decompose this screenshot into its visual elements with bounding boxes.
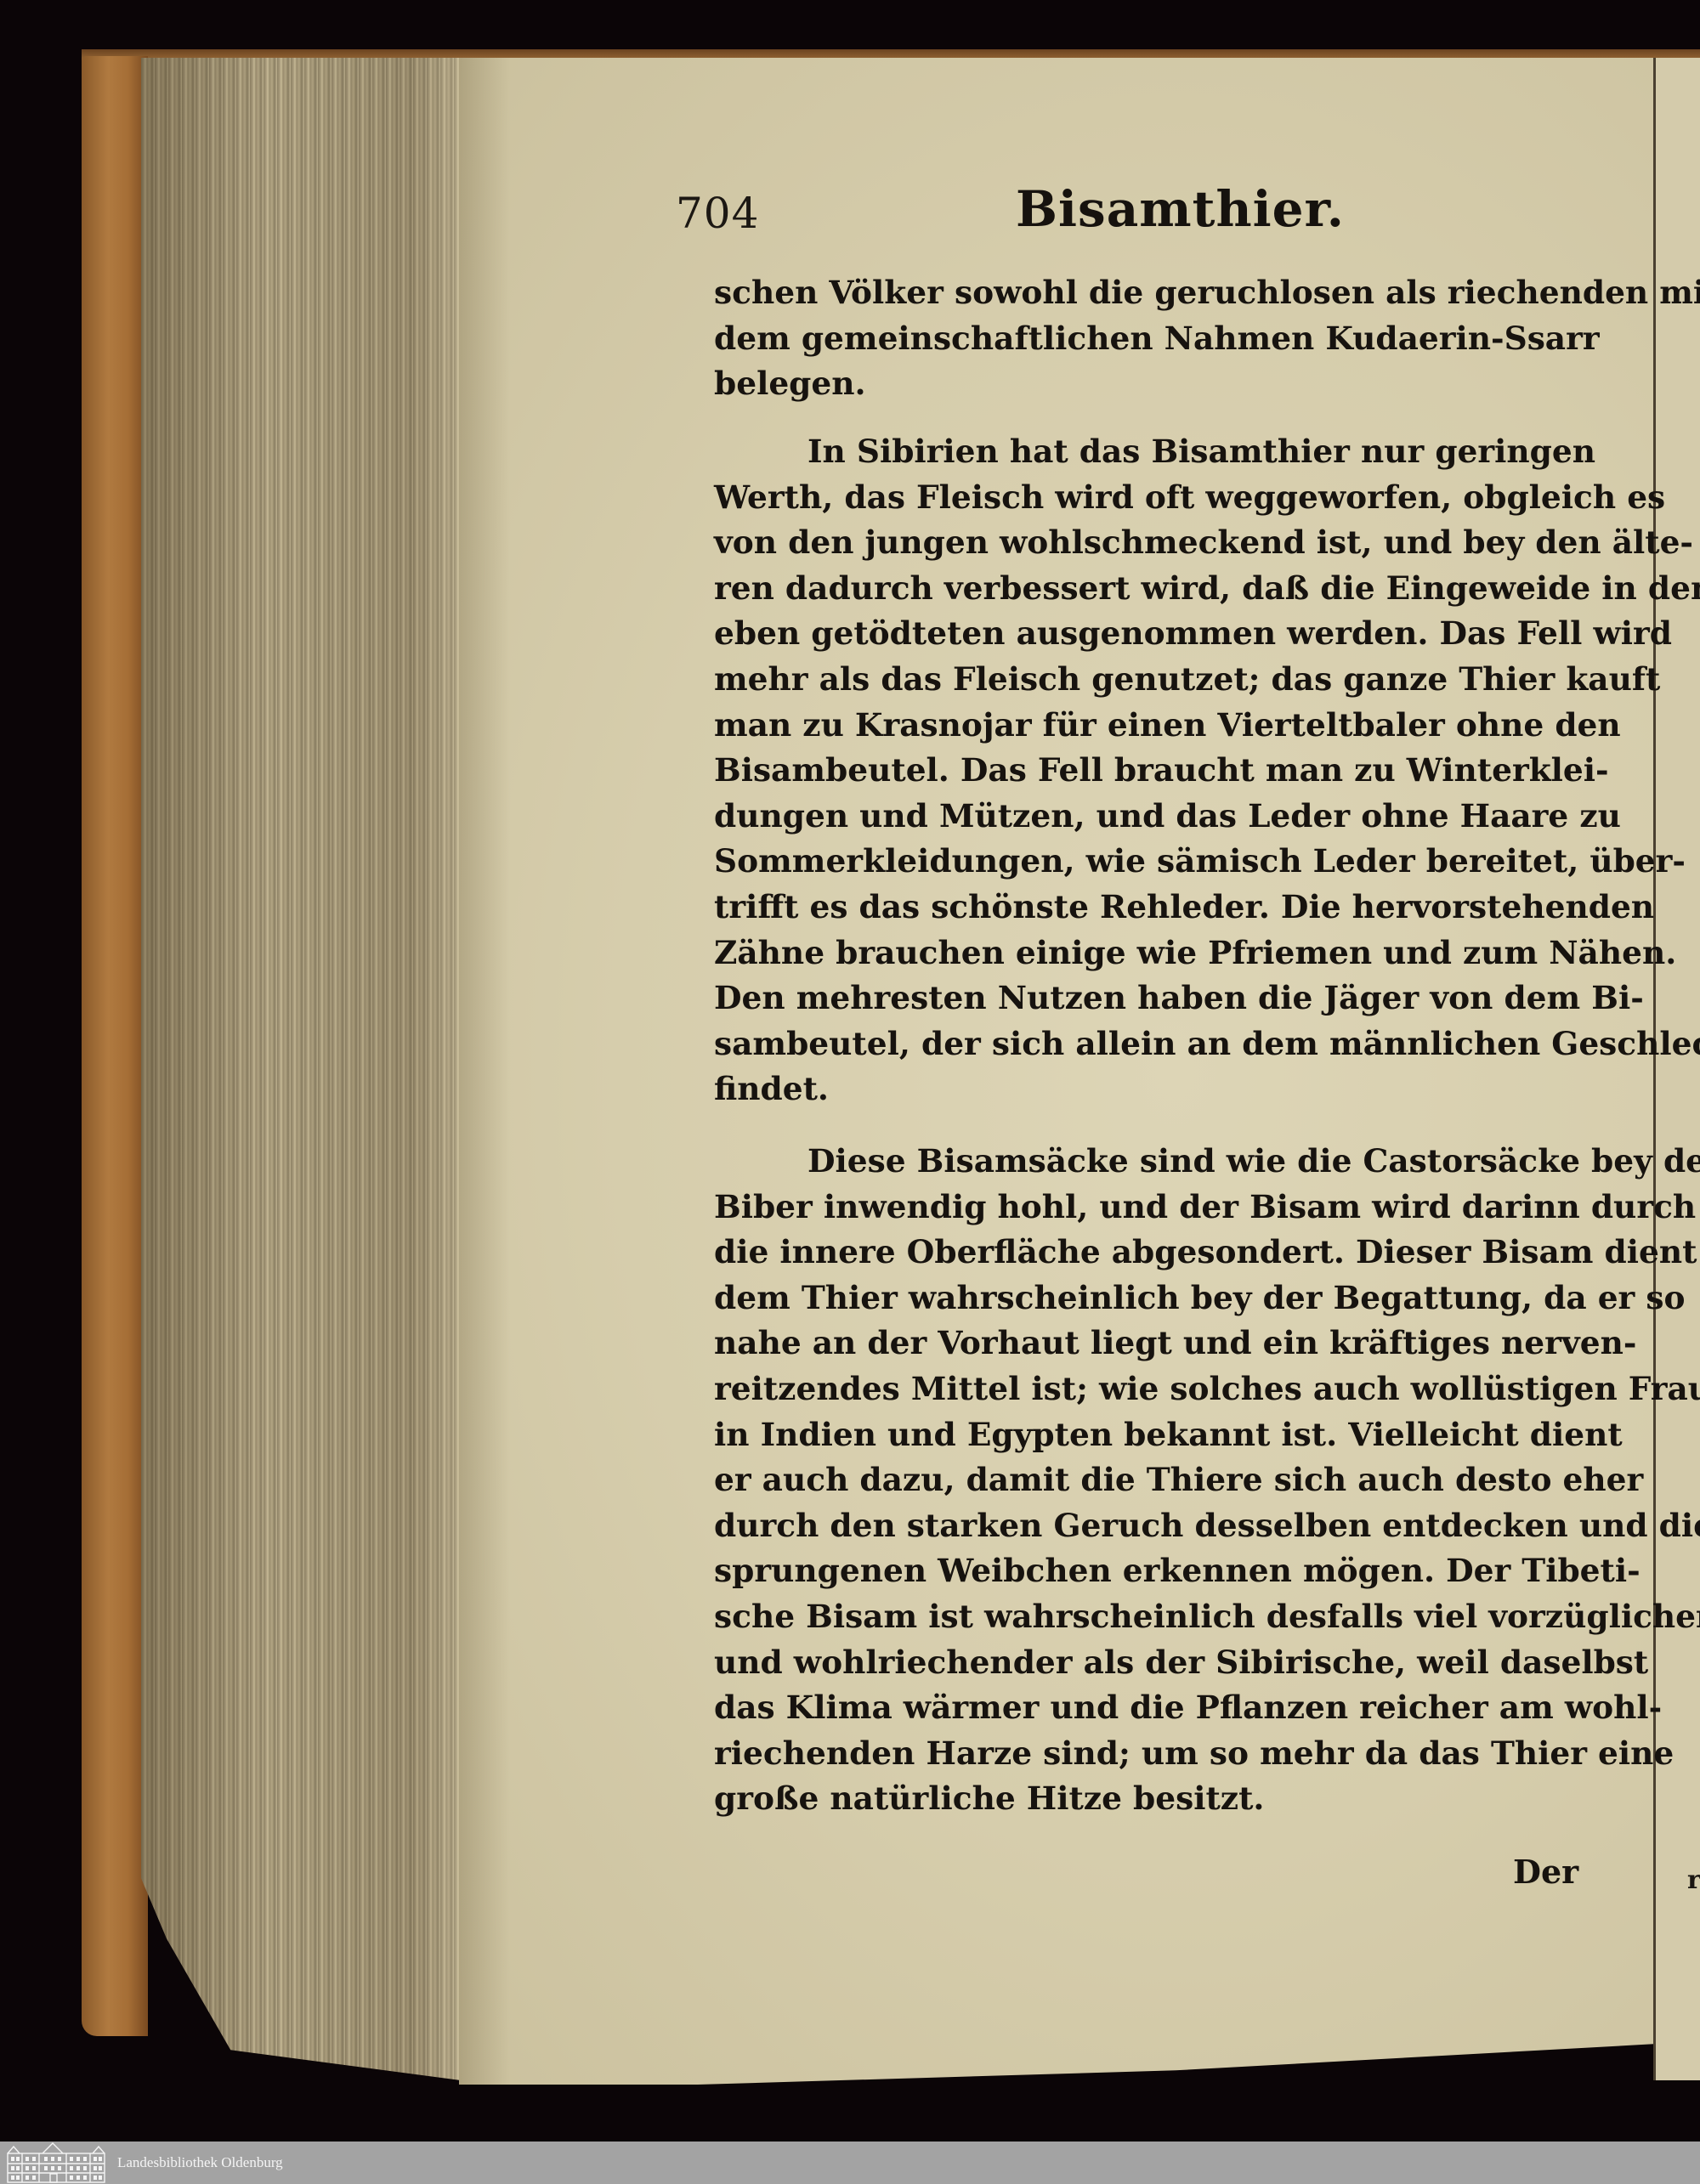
paragraph-3: Diese Bisamsäcke sind wie die Castorsäck…	[714, 1139, 1585, 1822]
text-line: er auch dazu, damit die Thiere sich auch…	[714, 1457, 1585, 1503]
next-page-text-fragment: r	[1687, 1865, 1700, 1895]
text-line: schen Völker sowohl die geruchlosen als …	[714, 270, 1585, 316]
text-line: durch den starken Geruch desselben entde…	[714, 1503, 1585, 1549]
text-line: Den mehresten Nutzen haben die Jäger von…	[714, 976, 1585, 1021]
text-line: mehr als das Fleisch genutzet; das ganze…	[714, 657, 1585, 703]
text-line: das Klima wärmer und die Pflanzen reiche…	[714, 1685, 1585, 1731]
text-line: Sommerkleidungen, wie sämisch Leder bere…	[714, 839, 1585, 885]
book-cover-leather	[82, 56, 148, 2036]
paragraph-2: In Sibirien hat das Bisamthier nur gerin…	[714, 429, 1585, 1112]
catchword: Der	[1513, 1853, 1578, 1891]
text-line: sprungenen Weibchen erkennen mögen. Der …	[714, 1548, 1585, 1594]
running-head-title: Bisamthier.	[1016, 180, 1345, 238]
text-line: Werth, das Fleisch wird oft weggeworfen,…	[714, 475, 1585, 521]
text-line: trifft es das schönste Rehleder. Die her…	[714, 885, 1585, 931]
text-line: sche Bisam ist wahrscheinlich desfalls v…	[714, 1594, 1585, 1640]
paragraph-1: schen Völker sowohl die geruchlosen als …	[714, 270, 1585, 407]
text-line: und wohlriechender als der Sibirische, w…	[714, 1640, 1585, 1686]
text-line: die innere Oberfläche abgesondert. Diese…	[714, 1230, 1585, 1276]
text-line: dungen und Mützen, und das Leder ohne Ha…	[714, 794, 1585, 840]
text-line: ren dadurch verbessert wird, daß die Ein…	[714, 566, 1585, 612]
page-number: 704	[676, 189, 759, 238]
text-line: sambeutel, der sich allein an dem männli…	[714, 1021, 1585, 1067]
text-line: dem Thier wahrscheinlich bey der Begattu…	[714, 1276, 1585, 1321]
page-stack-shadow	[141, 58, 461, 2080]
text-line: große natürliche Hitze besitzt.	[714, 1776, 1585, 1822]
library-building-icon	[5, 2142, 107, 2184]
text-line: Zähne brauchen einige wie Pfriemen und z…	[714, 931, 1585, 976]
footer-bar: Landesbibliothek Oldenburg	[0, 2142, 1700, 2184]
text-line: nahe an der Vorhaut liegt und ein kräfti…	[714, 1321, 1585, 1366]
text-line: findet.	[714, 1067, 1585, 1112]
text-line: dem gemeinschaftlichen Nahmen Kudaerin-S…	[714, 316, 1585, 362]
institution-name: Landesbibliothek Oldenburg	[117, 2154, 283, 2171]
text-line: Biber inwendig hohl, und der Bisam wird …	[714, 1185, 1585, 1231]
text-line: Diese Bisamsäcke sind wie die Castorsäck…	[714, 1139, 1585, 1185]
text-line: In Sibirien hat das Bisamthier nur gerin…	[714, 429, 1585, 475]
text-line: belegen.	[714, 361, 1585, 407]
text-line: man zu Krasnojar für einen Vierteltbaler…	[714, 703, 1585, 749]
text-line: eben getödteten ausgenommen werden. Das …	[714, 611, 1585, 657]
text-line: von den jungen wohlschmeckend ist, und b…	[714, 520, 1585, 566]
next-page-fragment	[1653, 58, 1700, 2080]
text-line: reitzendes Mittel ist; wie solches auch …	[714, 1366, 1585, 1412]
text-line: riechenden Harze sind; um so mehr da das…	[714, 1731, 1585, 1777]
text-line: Bisambeutel. Das Fell braucht man zu Win…	[714, 748, 1585, 794]
text-line: in Indien und Egypten bekannt ist. Viell…	[714, 1412, 1585, 1458]
